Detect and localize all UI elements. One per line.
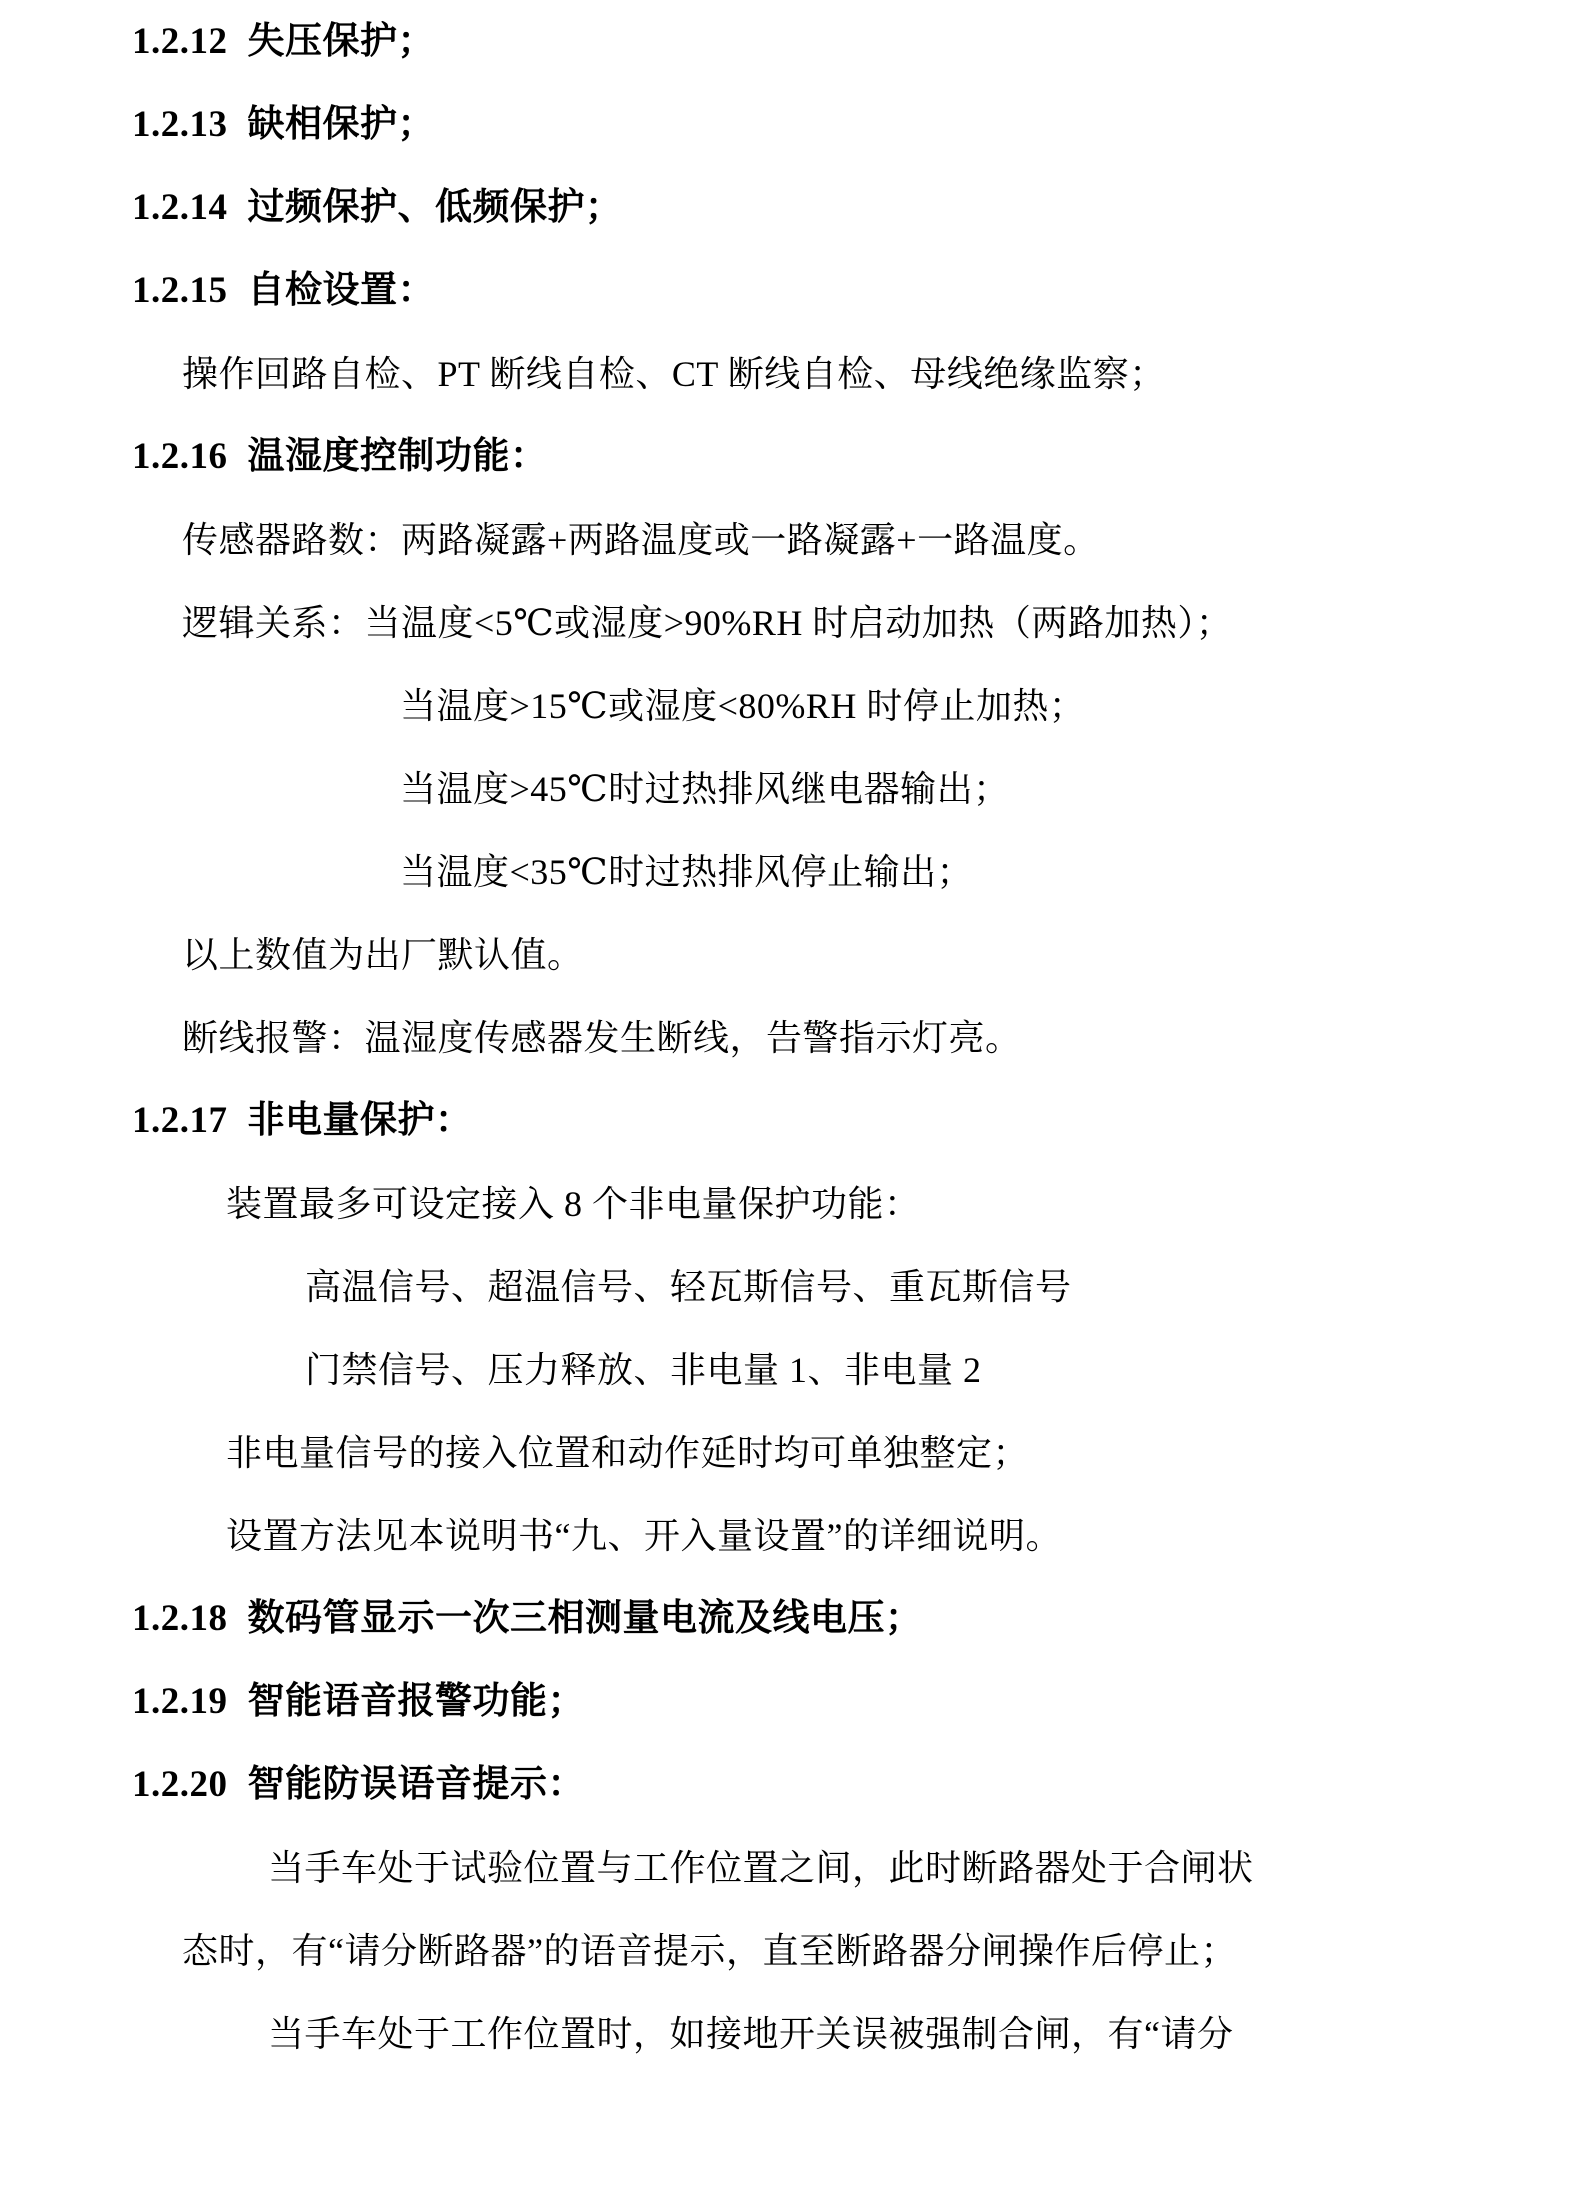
section-heading-1-2-14: 1.2.14过频保护、低频保护； bbox=[132, 178, 623, 238]
section-title: 非电量保护： bbox=[248, 1100, 473, 1141]
logic-fan-stop-text: 当温度<35℃时过热排风停止输出； bbox=[400, 842, 973, 902]
section-number: 1.2.19 bbox=[132, 1672, 228, 1732]
section-title: 温湿度控制功能： bbox=[248, 436, 548, 477]
section-heading-1-2-19: 1.2.19智能语音报警功能； bbox=[132, 1672, 585, 1732]
section-title: 过频保护、低频保护； bbox=[248, 187, 623, 228]
self-check-items: 操作回路自检、PT 断线自检、CT 断线自检、母线绝缘监察； bbox=[182, 344, 1166, 404]
non-electric-signals-row-1: 高温信号、超温信号、轻瓦斯信号、重瓦斯信号 bbox=[305, 1257, 1072, 1317]
logic-stop-heating-text: 当温度>15℃或湿度<80%RH 时停止加热； bbox=[400, 676, 1085, 736]
paragraph-line-3: 当手车处于工作位置时，如接地开关误被强制合闸，有“请分 bbox=[268, 2004, 1233, 2064]
section-heading-1-2-15: 1.2.15自检设置： bbox=[132, 261, 435, 321]
section-heading-1-2-20: 1.2.20智能防误语音提示： bbox=[132, 1755, 585, 1815]
section-heading-1-2-13: 1.2.13缺相保护； bbox=[132, 95, 435, 155]
section-number: 1.2.15 bbox=[132, 261, 228, 321]
non-electric-signals-row-2: 门禁信号、压力释放、非电量 1、非电量 2 bbox=[305, 1340, 982, 1400]
section-heading-1-2-17: 1.2.17非电量保护： bbox=[132, 1091, 473, 1151]
setting-method-reference: 设置方法见本说明书“九、开入量设置”的详细说明。 bbox=[226, 1506, 1062, 1566]
section-number: 1.2.18 bbox=[132, 1589, 228, 1649]
section-number: 1.2.14 bbox=[132, 178, 228, 238]
section-title: 智能防误语音提示： bbox=[248, 1764, 586, 1805]
section-title: 自检设置： bbox=[248, 270, 436, 311]
section-heading-1-2-18: 1.2.18数码管显示一次三相测量电流及线电压； bbox=[132, 1589, 923, 1649]
section-title: 智能语音报警功能； bbox=[248, 1681, 586, 1722]
section-number: 1.2.13 bbox=[132, 95, 228, 155]
non-electric-intro: 装置最多可设定接入 8 个非电量保护功能： bbox=[226, 1174, 921, 1234]
section-number: 1.2.16 bbox=[132, 427, 228, 487]
section-heading-1-2-16: 1.2.16温湿度控制功能： bbox=[132, 427, 548, 487]
section-title: 失压保护； bbox=[248, 21, 436, 62]
default-values-note: 以上数值为出厂默认值。 bbox=[182, 925, 584, 985]
section-title: 数码管显示一次三相测量电流及线电压； bbox=[248, 1598, 923, 1639]
section-number: 1.2.12 bbox=[132, 12, 228, 72]
sensor-count-text: 传感器路数：两路凝露+两路温度或一路凝露+一路温度。 bbox=[182, 510, 1100, 570]
logic-relation-text: 逻辑关系：当温度<5℃或湿度>90%RH 时启动加热（两路加热）； bbox=[182, 593, 1232, 653]
paragraph-line-1: 当手车处于试验位置与工作位置之间，此时断路器处于合闸状 bbox=[268, 1838, 1254, 1898]
paragraph-line-2: 态时，有“请分断路器”的语音提示，直至断路器分闸操作后停止； bbox=[182, 1921, 1237, 1981]
section-title: 缺相保护； bbox=[248, 104, 436, 145]
section-number: 1.2.17 bbox=[132, 1091, 228, 1151]
disconnect-alarm-text: 断线报警：温湿度传感器发生断线，告警指示灯亮。 bbox=[182, 1008, 1022, 1068]
logic-fan-output-text: 当温度>45℃时过热排风继电器输出； bbox=[400, 759, 1010, 819]
non-electric-setting-note: 非电量信号的接入位置和动作延时均可单独整定； bbox=[226, 1423, 1029, 1483]
section-number: 1.2.20 bbox=[132, 1755, 228, 1815]
document-page: 1.2.12失压保护； 1.2.13缺相保护； 1.2.14过频保护、低频保护；… bbox=[0, 0, 1588, 2204]
section-heading-1-2-12: 1.2.12失压保护； bbox=[132, 12, 435, 72]
